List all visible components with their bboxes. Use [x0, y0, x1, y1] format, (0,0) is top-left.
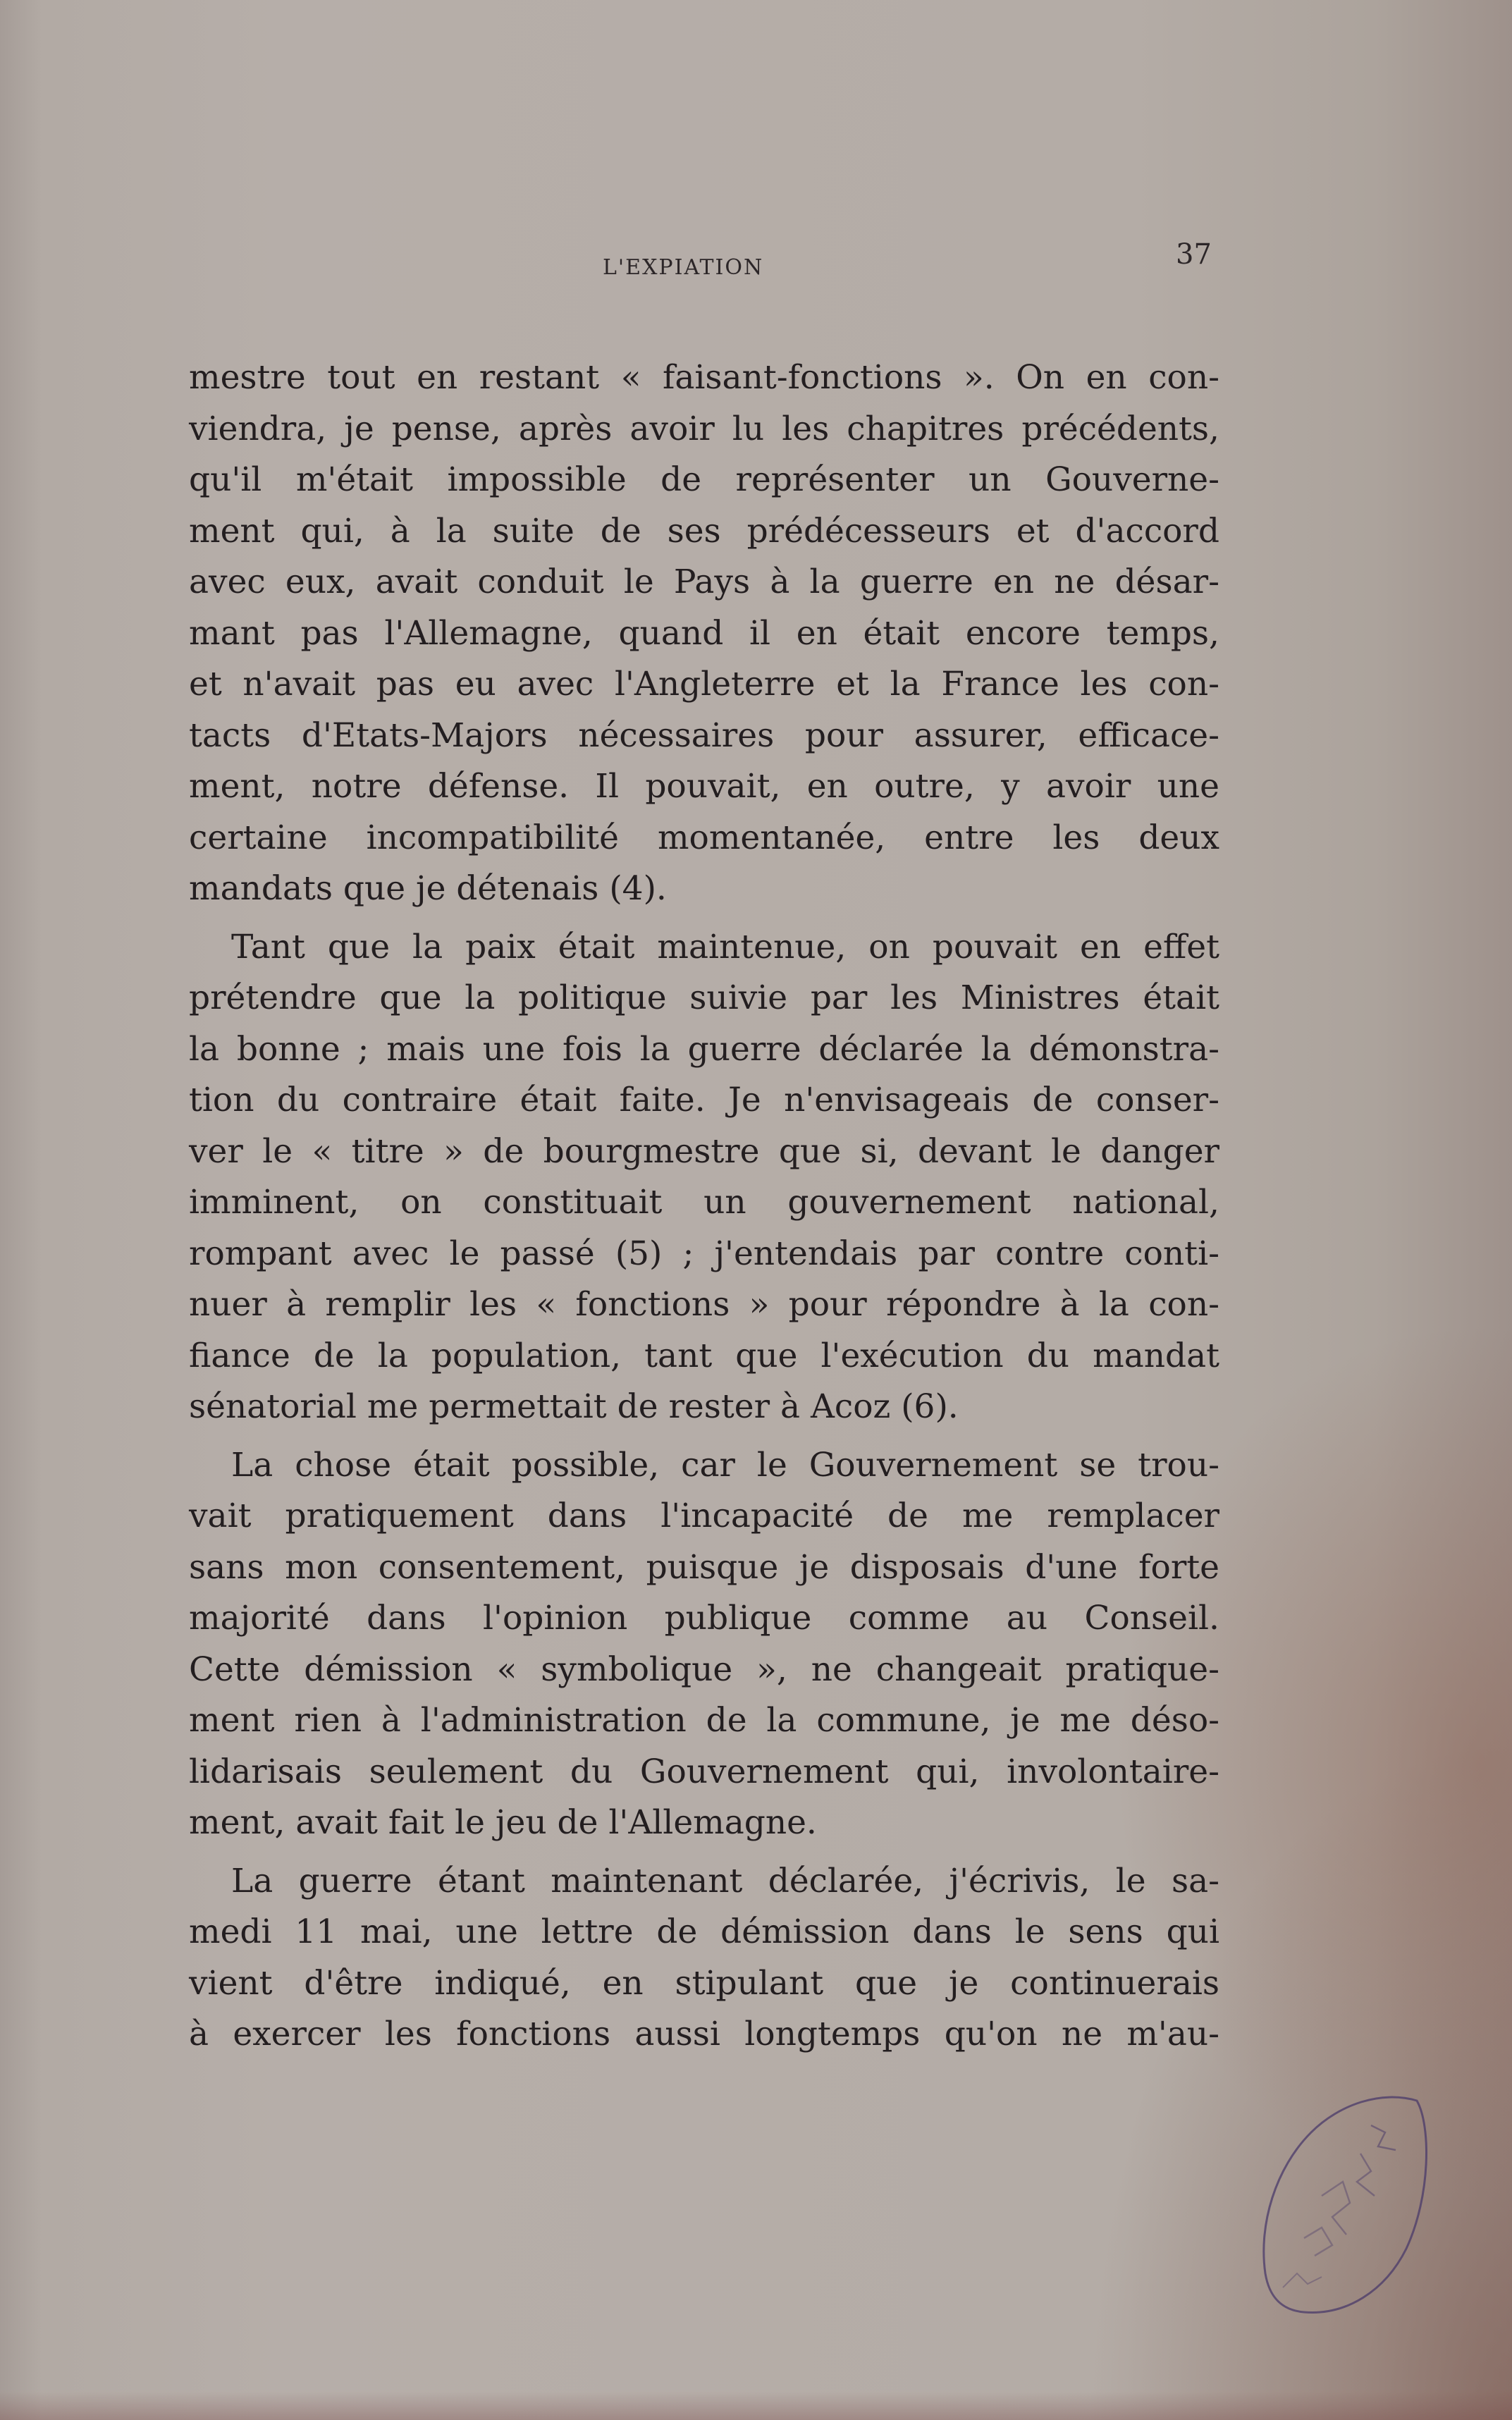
- text-line: Cette démission « symbolique », ne chang…: [189, 1645, 1219, 1696]
- text-line: mestre tout en restant « faisant-fonctio…: [189, 352, 1219, 404]
- text-line: vait pratiquement dans l'incapacité de m…: [189, 1491, 1219, 1542]
- text-line: majorité dans l'opinion publique comme a…: [189, 1593, 1219, 1645]
- library-stamp-icon: [1255, 2083, 1431, 2323]
- text-line: ment rien à l'administration de la commu…: [189, 1695, 1219, 1747]
- text-line: mandats que je détenais (4).: [189, 864, 1219, 915]
- body-text: mestre tout en restant « faisant-fonctio…: [189, 352, 1219, 2068]
- text-line: vient d'être indiqué, en stipulant que j…: [189, 1958, 1219, 2010]
- text-line: Tant que la paix était maintenue, on pou…: [189, 922, 1219, 973]
- paragraph-1: mestre tout en restant « faisant-fonctio…: [189, 352, 1219, 915]
- text-line: tacts d'Etats-Majors nécessaires pour as…: [189, 711, 1219, 762]
- text-line: ment, avait fait le jeu de l'Allemagne.: [189, 1798, 1219, 1849]
- text-line: imminent, on constituait un gouvernement…: [189, 1177, 1219, 1229]
- text-line: lidarisais seulement du Gouvernement qui…: [189, 1747, 1219, 1798]
- text-line: La guerre étant maintenant déclarée, j'é…: [189, 1856, 1219, 1908]
- text-line: ment qui, à la suite de ses prédécesseur…: [189, 506, 1219, 558]
- text-line: la bonne ; mais une fois la guerre décla…: [189, 1024, 1219, 1076]
- text-line: fiance de la population, tant que l'exéc…: [189, 1331, 1219, 1382]
- text-line: La chose était possible, car le Gouverne…: [189, 1440, 1219, 1492]
- text-line: avec eux, avait conduit le Pays à la gue…: [189, 557, 1219, 608]
- text-line: et n'avait pas eu avec l'Angleterre et l…: [189, 659, 1219, 711]
- text-line: tion du contraire était faite. Je n'envi…: [189, 1075, 1219, 1126]
- text-line: ment, notre défense. Il pouvait, en outr…: [189, 761, 1219, 813]
- text-line: ver le « titre » de bourgmestre que si, …: [189, 1126, 1219, 1178]
- text-line: sénatorial me permettait de rester à Aco…: [189, 1382, 1219, 1433]
- text-line: nuer à remplir les « fonctions » pour ré…: [189, 1279, 1219, 1331]
- text-line: sans mon consentement, puisque je dispos…: [189, 1542, 1219, 1594]
- text-line: rompant avec le passé (5) ; j'entendais …: [189, 1229, 1219, 1280]
- text-line: medi 11 mai, une lettre de démission dan…: [189, 1907, 1219, 1958]
- paragraph-3: La chose était possible, car le Gouverne…: [189, 1440, 1219, 1849]
- text-line: viendra, je pense, après avoir lu les ch…: [189, 404, 1219, 455]
- page-number: 37: [1176, 238, 1212, 271]
- book-page: L'EXPIATION 37 mestre tout en restant « …: [0, 0, 1512, 2420]
- running-head: L'EXPIATION: [603, 255, 763, 280]
- paragraph-2: Tant que la paix était maintenue, on pou…: [189, 922, 1219, 1433]
- text-line: qu'il m'était impossible de représenter …: [189, 455, 1219, 506]
- text-line: prétendre que la politique suivie par le…: [189, 973, 1219, 1024]
- text-line: mant pas l'Allemagne, quand il en était …: [189, 608, 1219, 660]
- text-line: à exercer les fonctions aussi longtemps …: [189, 2009, 1219, 2060]
- paragraph-4: La guerre étant maintenant déclarée, j'é…: [189, 1856, 1219, 2060]
- text-line: certaine incompatibilité momentanée, ent…: [189, 813, 1219, 864]
